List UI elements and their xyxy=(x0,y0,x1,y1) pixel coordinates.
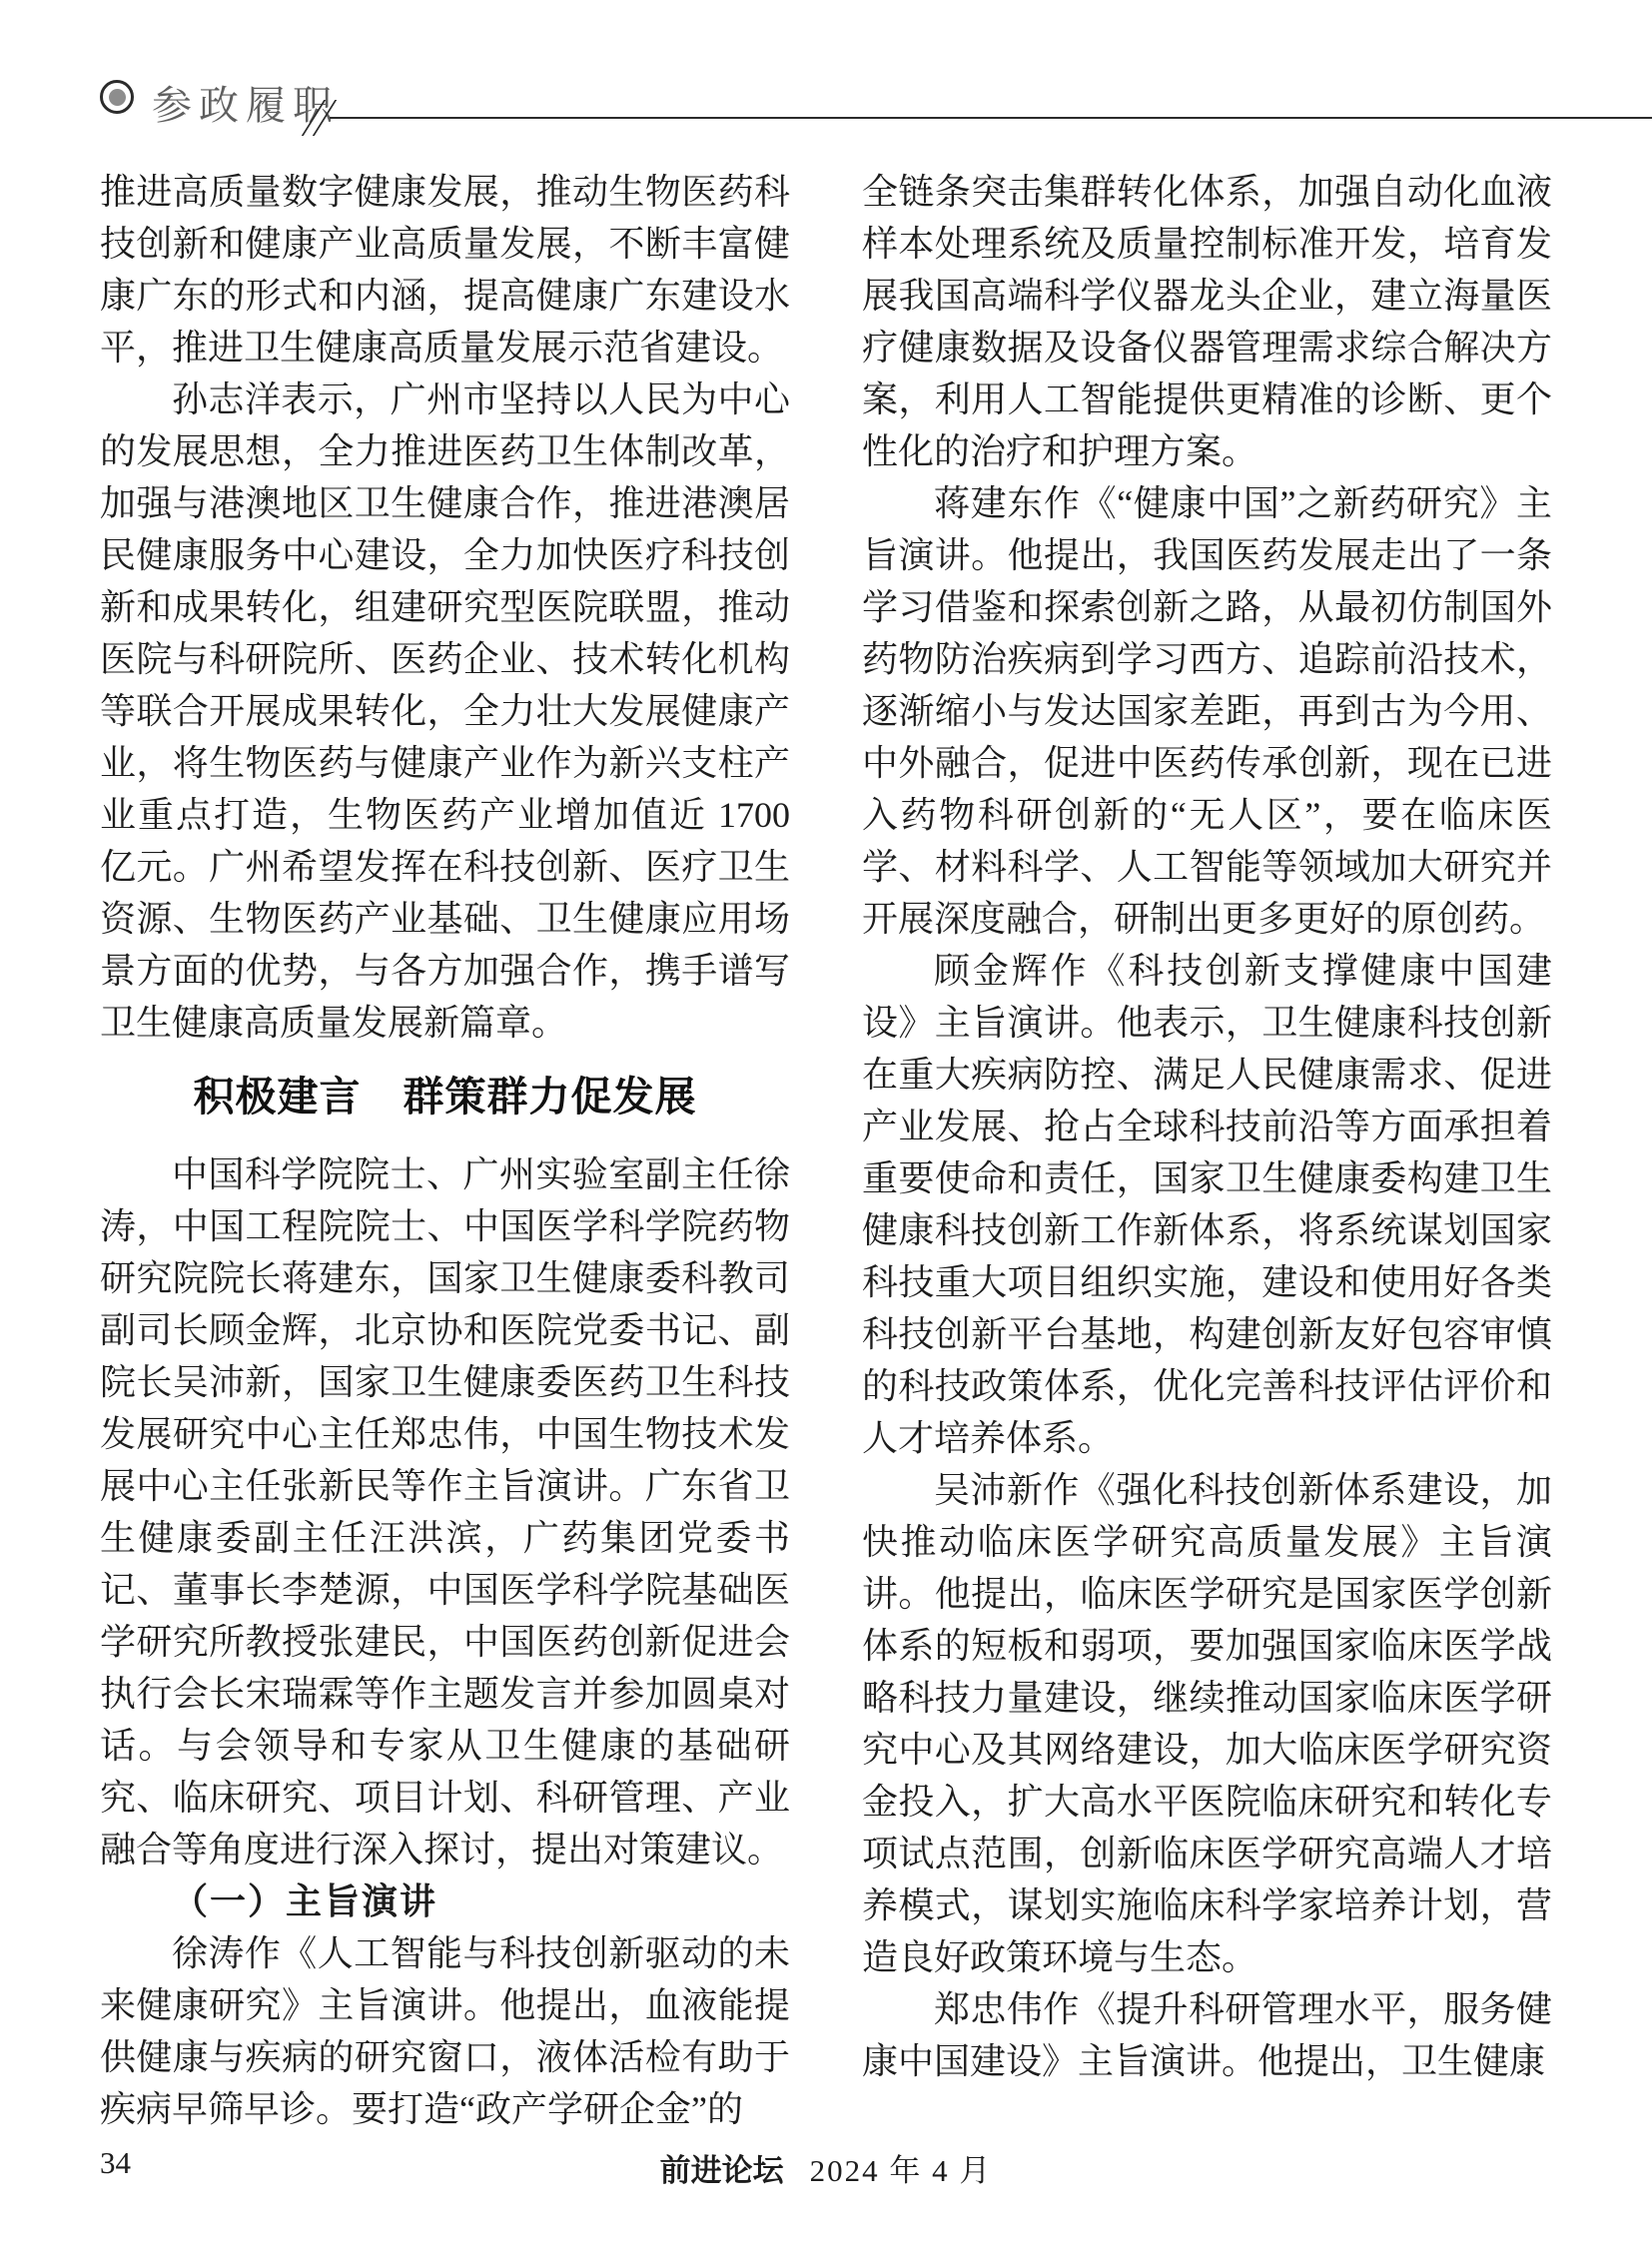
left-paragraph-3: 中国科学院院士、广州实验室副主任徐涛，中国工程院院士、中国医学科学院药物研究院院… xyxy=(100,1148,790,1875)
right-paragraph-5: 郑忠伟作《提升科研管理水平，服务健康中国建设》主旨演讲。他提出，卫生健康 xyxy=(862,1983,1552,2087)
header-rule xyxy=(330,117,1652,119)
section-bullet-icon xyxy=(100,80,134,114)
issue-date: 2024 年 4 月 xyxy=(810,2153,993,2188)
left-paragraph-1: 推进高质量数字健康发展，推动生物医药科技创新和健康产业高质量发展，不断丰富健康广… xyxy=(100,166,790,374)
left-paragraph-4: 徐涛作《人工智能与科技创新驱动的未来健康研究》主旨演讲。他提出，血液能提供健康与… xyxy=(100,1927,790,2135)
page-number: 34 xyxy=(100,2145,131,2181)
footer-journal-line: 前进论坛2024 年 4 月 xyxy=(660,2145,993,2190)
article-body: 推进高质量数字健康发展，推动生物医药科技创新和健康产业高质量发展，不断丰富健康广… xyxy=(100,166,1552,2135)
section-heading: 积极建言 群策群力促发展 xyxy=(100,1071,790,1122)
left-column: 推进高质量数字健康发展，推动生物医药科技创新和健康产业高质量发展，不断丰富健康广… xyxy=(100,166,790,2135)
page-header: 参政履职 xyxy=(100,78,1552,130)
journal-name: 前进论坛 xyxy=(660,2153,784,2188)
right-paragraph-4: 吴沛新作《强化科技创新体系建设，加快推动临床医学研究高质量发展》主旨演讲。他提出… xyxy=(862,1464,1552,1983)
section-bullet-dot-icon xyxy=(109,89,126,106)
left-paragraph-2: 孙志洋表示，广州市坚持以人民为中心的发展思想，全力推进医药卫生体制改革，加强与港… xyxy=(100,374,790,1049)
right-paragraph-3: 顾金辉作《科技创新支撑健康中国建设》主旨演讲。他表示，卫生健康科技创新在重大疾病… xyxy=(862,945,1552,1464)
page-footer: 34 前进论坛2024 年 4 月 xyxy=(100,2145,1552,2189)
sub-heading-keynote: （一）主旨演讲 xyxy=(100,1875,790,1927)
right-column: 全链条突击集群转化体系，加强自动化血液样本处理系统及质量控制标准开发，培育发展我… xyxy=(862,166,1552,2135)
right-paragraph-2: 蒋建东作《“健康中国”之新药研究》主旨演讲。他提出，我国医药发展走出了一条学习借… xyxy=(862,477,1552,945)
right-paragraph-1: 全链条突击集群转化体系，加强自动化血液样本处理系统及质量控制标准开发，培育发展我… xyxy=(862,166,1552,477)
